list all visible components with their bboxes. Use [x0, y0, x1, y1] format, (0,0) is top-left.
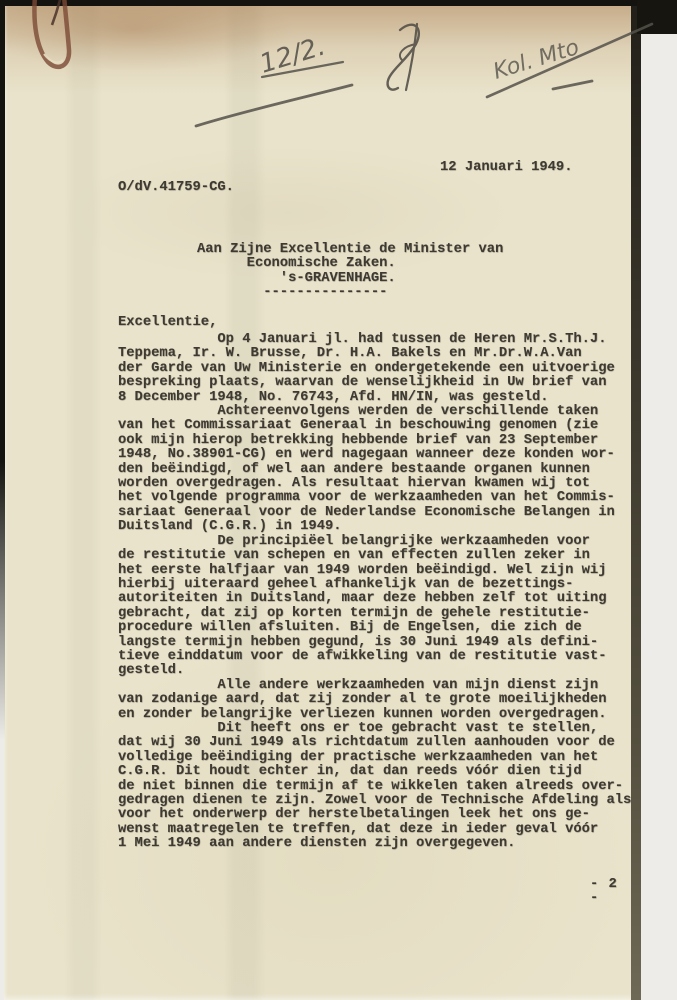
page-number-marker: - 2 -	[590, 878, 634, 907]
salutation: Excellentie,	[118, 316, 217, 330]
reference-number: O/dV.41759-CG.	[118, 181, 234, 195]
letter-body: Op 4 Januari jl. had tussen de Heren Mr.…	[118, 333, 634, 852]
paragraph: Op 4 Januari jl. had tussen de Heren Mr.…	[118, 333, 634, 405]
paragraph: Achtereenvolgens werden de verschillende…	[118, 405, 634, 535]
paragraph: Alle andere werkzaamheden van mijn diens…	[118, 679, 634, 722]
scan-border-top	[0, 0, 677, 6]
scan-border-corner	[637, 0, 677, 34]
recipient-address: Aan Zijne Excellentie de Minister van Ec…	[197, 243, 503, 301]
letter-date: 12 Januari 1949.	[440, 161, 572, 175]
paragraph: De principiëel belangrijke werkzaamheden…	[118, 535, 634, 679]
scan-border-left	[0, 0, 5, 1000]
paragraph: Dit heeft ons er toe gebracht vast te st…	[118, 722, 634, 852]
scanned-letter-page: 12/2. Kol. Mto 12 Januari 1949. O/dV.417…	[0, 0, 677, 1000]
